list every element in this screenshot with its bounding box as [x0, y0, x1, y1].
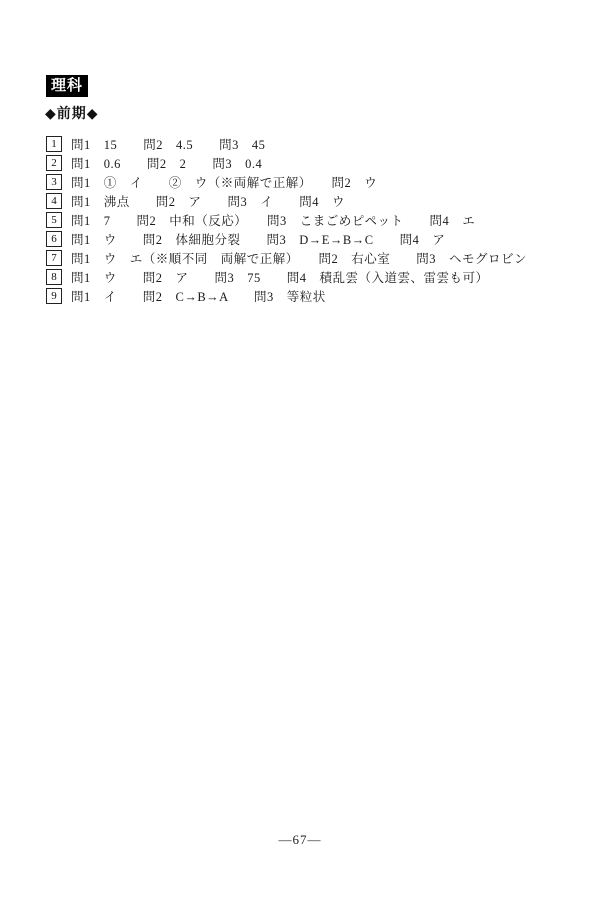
page-number: —67— — [0, 832, 600, 848]
answer-text: 問1 7 問2 中和（反応） 問3 こまごめピペット 問4 エ — [71, 211, 475, 229]
answer-text: 問1 イ 問2 C→B→A 問3 等粒状 — [71, 287, 326, 305]
answer-row-5: 5 問1 7 問2 中和（反応） 問3 こまごめピペット 問4 エ — [46, 210, 566, 229]
answer-text: 問1 ウ 問2 ア 問3 75 問4 積乱雲（入道雲、雷雲も可） — [71, 268, 489, 286]
answer-row-8: 8 問1 ウ 問2 ア 問3 75 問4 積乱雲（入道雲、雷雲も可） — [46, 267, 566, 286]
answer-text: 問1 沸点 問2 ア 問3 イ 問4 ウ — [71, 192, 345, 210]
answer-row-7: 7 問1 ウ エ（※順不同 両解で正解） 問2 右心室 問3 ヘモグロビン — [46, 248, 566, 267]
question-number-box: 8 — [46, 269, 62, 285]
question-number-box: 1 — [46, 136, 62, 152]
answer-row-1: 1 問1 15 問2 4.5 問3 45 — [46, 134, 566, 153]
answer-text: 問1 ウ 問2 体細胞分裂 問3 D→E→B→C 問4 ア — [71, 230, 445, 248]
answer-row-2: 2 問1 0.6 問2 2 問3 0.4 — [46, 153, 566, 172]
answer-row-3: 3 問1 ① イ ② ウ（※両解で正解） 問2 ウ — [46, 172, 566, 191]
answer-rows: 1 問1 15 問2 4.5 問3 45 2 問1 0.6 問2 2 問3 0.… — [46, 134, 566, 305]
question-number-box: 2 — [46, 155, 62, 171]
answer-row-6: 6 問1 ウ 問2 体細胞分裂 問3 D→E→B→C 問4 ア — [46, 229, 566, 248]
question-number-box: 7 — [46, 250, 62, 266]
answer-text: 問1 15 問2 4.5 問3 45 — [71, 135, 265, 153]
subject-title-banner: 理科 — [46, 75, 88, 97]
section-heading: ◆前期◆ — [45, 103, 99, 123]
question-number-box: 6 — [46, 231, 62, 247]
answer-key-page: 理科 ◆前期◆ 1 問1 15 問2 4.5 問3 45 2 問1 0.6 問2… — [0, 0, 600, 900]
answer-row-9: 9 問1 イ 問2 C→B→A 問3 等粒状 — [46, 286, 566, 305]
question-number-box: 3 — [46, 174, 62, 190]
answer-text: 問1 0.6 問2 2 問3 0.4 — [71, 154, 262, 172]
question-number-box: 4 — [46, 193, 62, 209]
question-number-box: 9 — [46, 288, 62, 304]
question-number-box: 5 — [46, 212, 62, 228]
answer-row-4: 4 問1 沸点 問2 ア 問3 イ 問4 ウ — [46, 191, 566, 210]
answer-text: 問1 ウ エ（※順不同 両解で正解） 問2 右心室 問3 ヘモグロビン — [71, 249, 527, 267]
answer-text: 問1 ① イ ② ウ（※両解で正解） 問2 ウ — [71, 173, 377, 191]
